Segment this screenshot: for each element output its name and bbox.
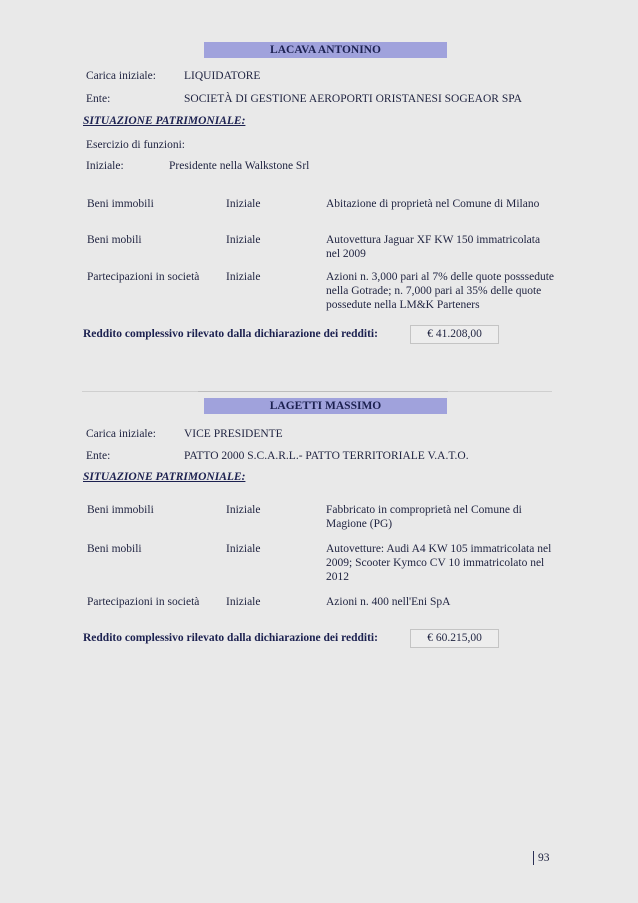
beni-description: Azioni n. 400 nell'Eni SpA [326,595,576,609]
beni-category: Partecipazioni in società [87,595,199,609]
beni-description: Azioni n. 3,000 pari al 7% delle quote p… [326,270,571,312]
ente-value: PATTO 2000 S.C.A.R.L.- PATTO TERRITORIAL… [184,449,469,463]
iniziale-label: Iniziale: [86,159,124,173]
carica-label: Carica iniziale: [86,69,156,83]
situazione-patrimoniale-title: SITUAZIONE PATRIMONIALE: [83,471,245,483]
beni-stage: Iniziale [226,233,260,247]
iniziale-value: Presidente nella Walkstone Srl [169,159,309,173]
beni-description: Autovetture: Audi A4 KW 105 immatricolat… [326,542,566,584]
reddito-label: Reddito complessivo rilevato dalla dichi… [83,632,378,644]
beni-category: Beni immobili [87,503,154,517]
carica-value: LIQUIDATORE [184,69,260,83]
person-name-header: LAGETTI MASSIMO [204,398,447,414]
beni-description: Fabbricato in comproprietà nel Comune di… [326,503,541,531]
beni-description: Abitazione di proprietà nel Comune di Mi… [326,197,576,211]
reddito-value: € 41.208,00 [410,325,499,344]
esercizio-label: Esercizio di funzioni: [86,138,185,152]
reddito-label: Reddito complessivo rilevato dalla dichi… [83,328,378,340]
page-number: 93 [533,851,550,865]
beni-category: Beni mobili [87,542,142,556]
ente-value: SOCIETÀ DI GESTIONE AEROPORTI ORISTANESI… [184,92,522,106]
person-name-header: LACAVA ANTONINO [204,42,447,58]
beni-stage: Iniziale [226,503,260,517]
carica-value: VICE PRESIDENTE [184,427,283,441]
situazione-patrimoniale-title: SITUAZIONE PATRIMONIALE: [83,115,245,127]
beni-stage: Iniziale [226,270,260,284]
beni-stage: Iniziale [226,595,260,609]
beni-category: Beni mobili [87,233,142,247]
ente-label: Ente: [86,449,110,463]
carica-label: Carica iniziale: [86,427,156,441]
beni-stage: Iniziale [226,197,260,211]
beni-description: Autovettura Jaguar XF KW 150 immatricola… [326,233,546,261]
document-page: LACAVA ANTONINO Carica iniziale: LIQUIDA… [0,0,638,903]
reddito-value: € 60.215,00 [410,629,499,648]
section-divider-center [198,391,448,392]
ente-label: Ente: [86,92,110,106]
beni-category: Beni immobili [87,197,154,211]
beni-category: Partecipazioni in società [87,270,199,284]
beni-stage: Iniziale [226,542,260,556]
